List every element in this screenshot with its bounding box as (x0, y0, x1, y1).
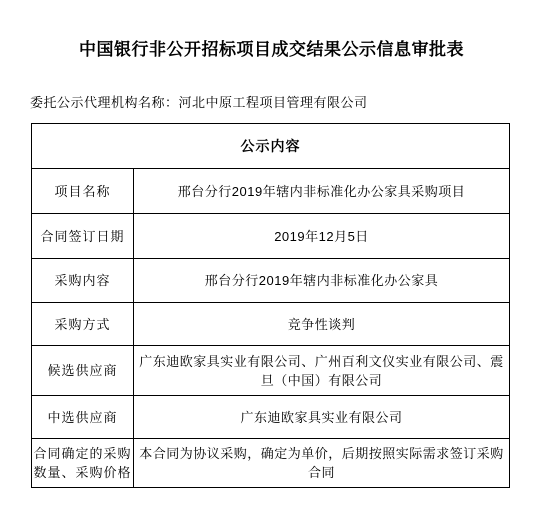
row-value-procurement-method: 竞争性谈判 (134, 303, 510, 346)
row-label-procurement-content: 采购内容 (32, 259, 134, 303)
agency-name-line: 委托公示代理机构名称：河北中原工程项目管理有限公司 (30, 95, 543, 110)
table-section-header: 公示内容 (32, 124, 510, 169)
page-title: 中国银行非公开招标项目成交结果公示信息审批表 (0, 0, 543, 61)
table-row: 候选供应商 广东迪欧家具实业有限公司、广州百利文仪实业有限公司、震旦（中国）有限… (32, 346, 510, 396)
row-value-quantity-price: 本合同为协议采购，确定为单价，后期按照实际需求签订采购合同 (134, 439, 510, 488)
table-row: 中选供应商 广东迪欧家具实业有限公司 (32, 396, 510, 439)
row-label-candidate-suppliers: 候选供应商 (32, 346, 134, 396)
row-value-contract-date: 2019年12月5日 (134, 214, 510, 259)
table-row: 采购方式 竞争性谈判 (32, 303, 510, 346)
table-row: 采购内容 邢台分行2019年辖内非标准化办公家具 (32, 259, 510, 303)
table-row: 合同签订日期 2019年12月5日 (32, 214, 510, 259)
row-label-quantity-price: 合同确定的采购数量、采购价格 (32, 439, 134, 488)
agency-name-label: 委托公示代理机构名称： (30, 95, 179, 110)
row-label-contract-date: 合同签订日期 (32, 214, 134, 259)
table-header-row: 公示内容 (32, 124, 510, 169)
row-value-candidate-suppliers: 广东迪欧家具实业有限公司、广州百利文仪实业有限公司、震旦（中国）有限公司 (134, 346, 510, 396)
table-row: 合同确定的采购数量、采购价格 本合同为协议采购，确定为单价，后期按照实际需求签订… (32, 439, 510, 488)
row-label-project-name: 项目名称 (32, 169, 134, 214)
row-value-selected-supplier: 广东迪欧家具实业有限公司 (134, 396, 510, 439)
row-label-selected-supplier: 中选供应商 (32, 396, 134, 439)
row-value-procurement-content: 邢台分行2019年辖内非标准化办公家具 (134, 259, 510, 303)
row-value-project-name: 邢台分行2019年辖内非标准化办公家具采购项目 (134, 169, 510, 214)
agency-name-value: 河北中原工程项目管理有限公司 (179, 95, 368, 110)
document-page: 中国银行非公开招标项目成交结果公示信息审批表 委托公示代理机构名称：河北中原工程… (0, 0, 543, 531)
publicity-info-table: 公示内容 项目名称 邢台分行2019年辖内非标准化办公家具采购项目 合同签订日期… (31, 123, 510, 488)
table-row: 项目名称 邢台分行2019年辖内非标准化办公家具采购项目 (32, 169, 510, 214)
row-label-procurement-method: 采购方式 (32, 303, 134, 346)
